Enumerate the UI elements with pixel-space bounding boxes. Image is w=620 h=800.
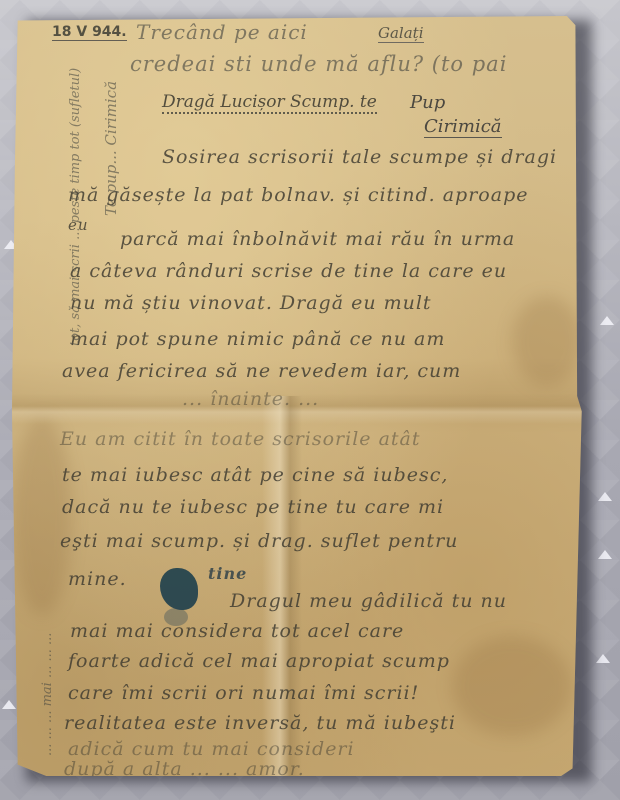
body-line: adică cum tu mai consideri	[68, 738, 355, 760]
body-line: Dragul meu gâdilică tu nu	[230, 590, 507, 612]
body-line-insert: tine	[208, 564, 247, 583]
body-line: nu mă știu vinovat. Dragă eu mult	[70, 292, 432, 314]
body-line: a câteva rânduri scrise de tine la care …	[70, 260, 507, 282]
cloth-pattern-mark	[600, 316, 614, 325]
greeting-signoff-2: Cirimică	[424, 116, 502, 138]
body-line: mă găsește la pat bolnav. și citind. apr…	[68, 184, 528, 206]
cloth-pattern-mark	[596, 654, 610, 663]
ink-blot	[160, 568, 198, 610]
header-line-1: Trecând pe aici	[136, 20, 308, 44]
margin-note: Te pup... Cirimică	[102, 81, 120, 216]
cloth-pattern-mark	[598, 492, 612, 501]
body-line: realitatea este inversă, tu mă iubeşti	[64, 712, 456, 734]
body-line: mai pot spune nimic până ce nu am	[70, 328, 445, 350]
header-line-2: credeai sti unde mă aflu? (to pai	[130, 52, 507, 76]
letter-place: Galați	[378, 24, 424, 43]
margin-note: ... ... ... mai ... ... ...	[40, 633, 55, 756]
stain	[512, 296, 582, 386]
cloth-pattern-mark	[598, 550, 612, 559]
body-line: parcă mai înbolnăvit mai rău în urma	[120, 228, 515, 250]
letter-date: 18 V 944.	[52, 24, 127, 41]
body-line: mai mai considera tot acel care	[70, 620, 404, 642]
ink-smudge	[164, 608, 188, 626]
margin-note: tot, să mai scrii ... peste timp tot (su…	[68, 68, 83, 346]
body-line: care îmi scrii ori numai îmi scrii!	[68, 682, 419, 704]
greeting-signoff-1: Pup	[410, 92, 445, 113]
body-line: mine.	[68, 568, 127, 590]
body-line: dacă nu te iubesc pe tine tu care mi	[62, 496, 444, 518]
letter-sheet: 18 V 944. Trecând pe aici Galați credeai…	[12, 16, 584, 776]
body-line: după a alta ... ... amor.	[64, 758, 305, 776]
body-line: avea fericirea să ne revedem iar, cum	[62, 360, 461, 382]
stain	[452, 636, 572, 736]
body-line: Sosirea scrisorii tale scumpe și dragi	[162, 146, 557, 168]
body-line: te mai iubesc atât pe cine să iubesc,	[62, 464, 448, 486]
body-line: Eu am citit în toate scrisorile atât	[60, 428, 421, 450]
body-line: foarte adică cel mai apropiat scump	[68, 650, 450, 672]
cloth-pattern-mark	[2, 700, 16, 709]
body-line: eşti mai scump. și drag. suflet pentru	[60, 530, 458, 552]
greeting: Dragă Lucișor Scump. te	[162, 92, 377, 114]
body-line: ... înainte. ...	[182, 388, 319, 410]
